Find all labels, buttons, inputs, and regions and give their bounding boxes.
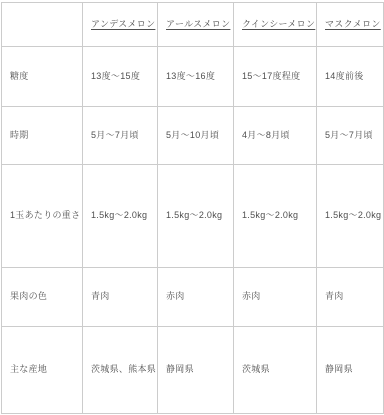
cell-weight-musk: 1.5kg〜2.0kg xyxy=(317,165,384,268)
column-link-andes-melon[interactable]: アンデスメロン xyxy=(91,19,155,29)
corner-cell xyxy=(2,3,83,47)
cell-season-earls: 5月〜10月頃 xyxy=(158,107,234,165)
cell-flesh-musk: 青肉 xyxy=(317,268,384,327)
column-link-earls-melon[interactable]: アールスメロン xyxy=(166,19,230,29)
row-label-weight: 1玉あたりの重さ xyxy=(2,165,83,268)
cell-production-earls: 静岡県 xyxy=(158,327,234,414)
row-label-sugar-content: 糖度 xyxy=(2,47,83,107)
cell-season-andes: 5月〜7月頃 xyxy=(83,107,158,165)
header-row: アンデスメロン アールスメロン クインシーメロン マスクメロン xyxy=(2,3,384,47)
cell-production-quincy: 茨城県 xyxy=(234,327,317,414)
row-flesh-color: 果肉の色 青肉 赤肉 赤肉 青肉 xyxy=(2,268,384,327)
cell-production-andes: 茨城県、熊本県 xyxy=(83,327,158,414)
column-header-andes: アンデスメロン xyxy=(83,3,158,47)
row-sugar-content: 糖度 13度〜15度 13度〜16度 15〜17度程度 14度前後 xyxy=(2,47,384,107)
row-label-production-area: 主な産地 xyxy=(2,327,83,414)
cell-weight-andes: 1.5kg〜2.0kg xyxy=(83,165,158,268)
column-header-earls: アールスメロン xyxy=(158,3,234,47)
column-link-quincy-melon[interactable]: クインシーメロン xyxy=(242,19,315,29)
row-weight-per-fruit: 1玉あたりの重さ 1.5kg〜2.0kg 1.5kg〜2.0kg 1.5kg〜2… xyxy=(2,165,384,268)
cell-sugar-musk: 14度前後 xyxy=(317,47,384,107)
cell-sugar-earls: 13度〜16度 xyxy=(158,47,234,107)
cell-flesh-andes: 青肉 xyxy=(83,268,158,327)
melon-comparison-table: アンデスメロン アールスメロン クインシーメロン マスクメロン 糖度 13度〜1… xyxy=(1,2,384,414)
cell-flesh-earls: 赤肉 xyxy=(158,268,234,327)
row-label-season: 時期 xyxy=(2,107,83,165)
column-link-musk-melon[interactable]: マスクメロン xyxy=(325,19,381,29)
column-header-quincy: クインシーメロン xyxy=(234,3,317,47)
cell-weight-quincy: 1.5kg〜2.0kg xyxy=(234,165,317,268)
row-main-production-area: 主な産地 茨城県、熊本県 静岡県 茨城県 静岡県 xyxy=(2,327,384,414)
cell-season-musk: 5月〜7月頃 xyxy=(317,107,384,165)
cell-sugar-quincy: 15〜17度程度 xyxy=(234,47,317,107)
row-season: 時期 5月〜7月頃 5月〜10月頃 4月〜8月頃 5月〜7月頃 xyxy=(2,107,384,165)
cell-production-musk: 静岡県 xyxy=(317,327,384,414)
cell-flesh-quincy: 赤肉 xyxy=(234,268,317,327)
cell-weight-earls: 1.5kg〜2.0kg xyxy=(158,165,234,268)
row-label-flesh-color: 果肉の色 xyxy=(2,268,83,327)
cell-season-quincy: 4月〜8月頃 xyxy=(234,107,317,165)
cell-sugar-andes: 13度〜15度 xyxy=(83,47,158,107)
column-header-musk: マスクメロン xyxy=(317,3,384,47)
